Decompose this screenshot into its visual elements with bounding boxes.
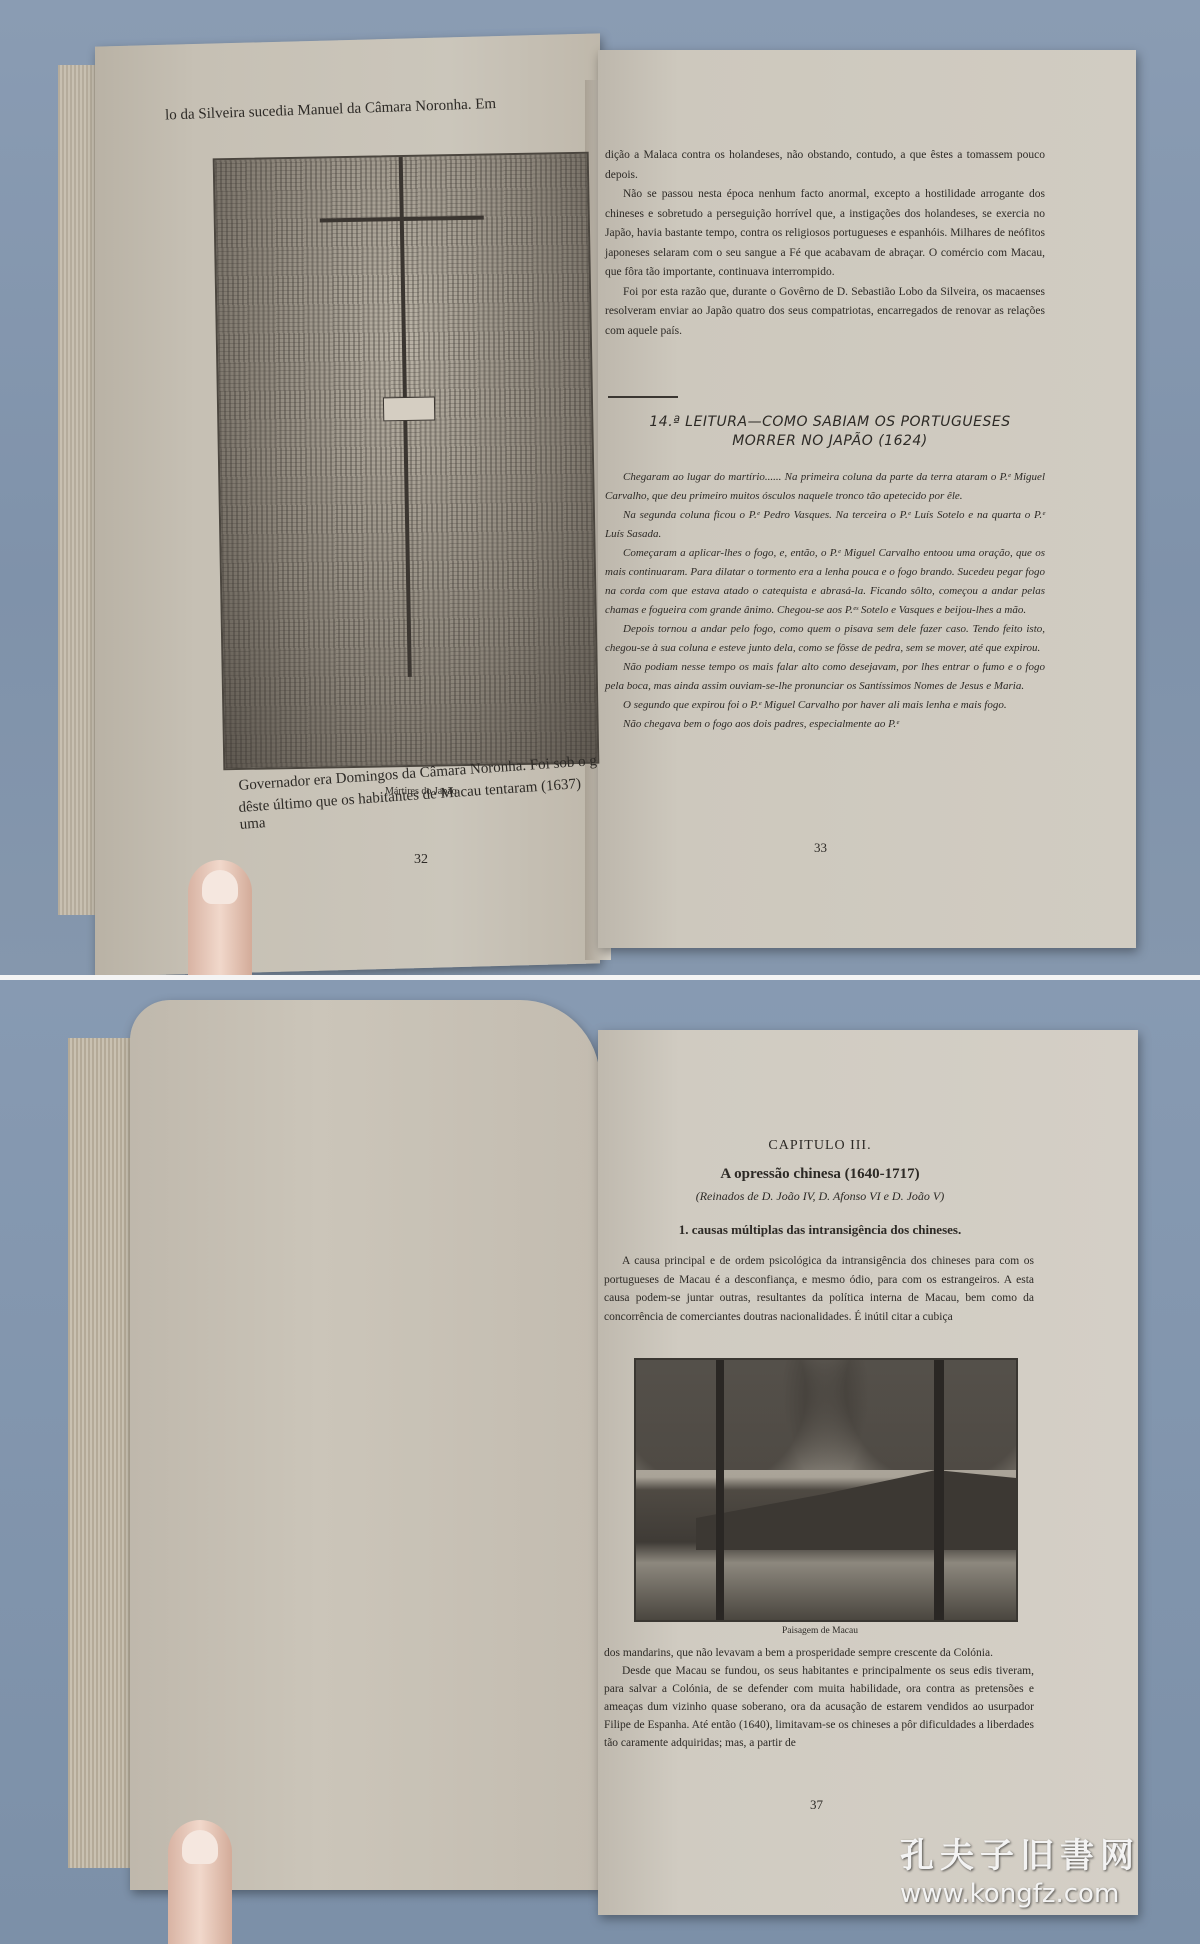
finger xyxy=(168,1820,232,1944)
page-number-32: 32 xyxy=(414,852,428,868)
watermark-url: www.kongfz.com xyxy=(900,1879,1140,1909)
paragraph: O segundo que expirou foi o P.ᵉ Miguel C… xyxy=(605,696,1045,715)
paragraph: Começaram a aplicar-lhes o fogo, e, entã… xyxy=(605,544,1045,620)
paragraph: Foi por esta razão que, durante o Govêrn… xyxy=(605,283,1045,342)
paragraph: dição a Malaca contra os holandeses, não… xyxy=(605,146,1045,185)
fingernail xyxy=(202,870,238,904)
tree-canopy xyxy=(636,1360,1016,1470)
hill-shape xyxy=(696,1470,1016,1550)
finger xyxy=(188,860,252,975)
inscription-plaque xyxy=(383,396,435,421)
watermark: 孔夫子旧書网 www.kongfz.com xyxy=(900,1828,1140,1909)
fingernail xyxy=(182,1830,218,1864)
paragraph: Depois tornou a andar pelo fogo, como qu… xyxy=(605,620,1045,658)
paragraph: Não chegava bem o fogo aos dois padres, … xyxy=(605,715,1045,734)
paragraph: Desde que Macau se fundou, os seus habit… xyxy=(604,1662,1034,1752)
page-number-37: 37 xyxy=(810,1797,823,1813)
paragraph: Não podiam nesse tempo os mais falar alt… xyxy=(605,658,1045,696)
paragraph: dos mandarins, que não levavam a bem a p… xyxy=(604,1644,1034,1662)
section-title: 1. causas múltiplas das intransigência d… xyxy=(620,1222,1020,1238)
right-page-text-block: dição a Malaca contra os holandeses, não… xyxy=(605,146,1045,341)
chapter-intro-paragraph: A causa principal e de ordem psicológica… xyxy=(604,1252,1034,1326)
book-page-edges xyxy=(68,1038,138,1868)
reading-title-line-2: MORRER NO JAPÃO (1624) xyxy=(620,433,1040,449)
reading-title-line-1: 14.ª LEITURA—COMO SABIAM OS PORTUGUESES xyxy=(620,414,1040,430)
tree-trunk xyxy=(716,1360,724,1620)
watermark-site-name: 孔夫子旧書网 xyxy=(900,1828,1140,1877)
paragraph: Na segunda coluna ficou o P.ᵉ Pedro Vasq… xyxy=(605,506,1045,544)
paragraph: A causa principal e de ordem psicológica… xyxy=(604,1252,1034,1326)
chapter-subtitle: (Reinados de D. João IV, D. Afonso VI e … xyxy=(620,1189,1020,1204)
chapter-label: CAPITULO III. xyxy=(620,1138,1020,1154)
tree-trunk xyxy=(934,1360,944,1620)
paragraph: Não se passou nesta época nenhum facto a… xyxy=(605,185,1045,283)
top-photo: lo da Silveira sucedia Manuel da Câmara … xyxy=(0,0,1200,975)
photo-caption: Paisagem de Macau xyxy=(620,1626,1020,1636)
chapter-body-text: dos mandarins, que não levavam a bem a p… xyxy=(604,1644,1034,1752)
martyrs-engraving-illustration xyxy=(213,152,600,770)
section-rule xyxy=(608,396,678,398)
chapter-title: A opressão chinesa (1640-1717) xyxy=(620,1166,1020,1183)
paragraph: Chegaram ao lugar do martírio...... Na p… xyxy=(605,468,1045,506)
reading-text-block: Chegaram ao lugar do martírio...... Na p… xyxy=(605,468,1045,734)
blank-left-page xyxy=(130,1000,600,1890)
macau-landscape-photo xyxy=(634,1358,1018,1622)
page-number-33: 33 xyxy=(814,840,827,856)
